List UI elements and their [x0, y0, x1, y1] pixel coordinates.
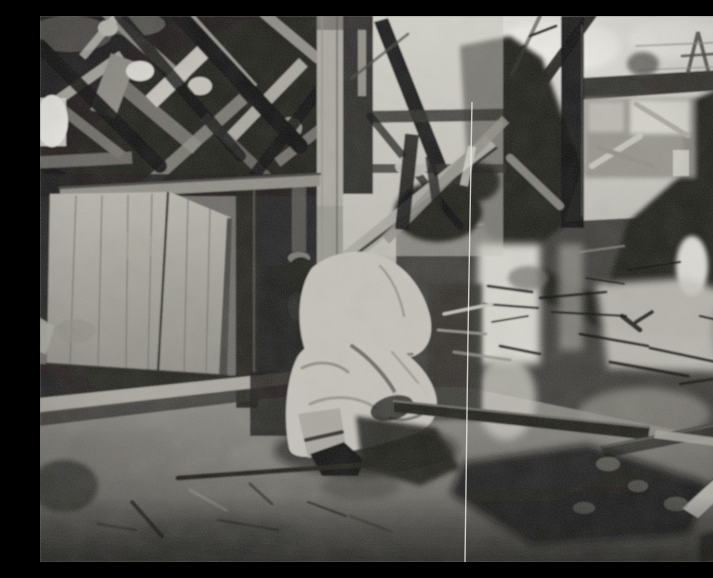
photo-canvas [40, 16, 713, 562]
photograph: A person crouches low beside a fallen pl… [40, 16, 713, 562]
film-grain-overlay [40, 16, 713, 562]
